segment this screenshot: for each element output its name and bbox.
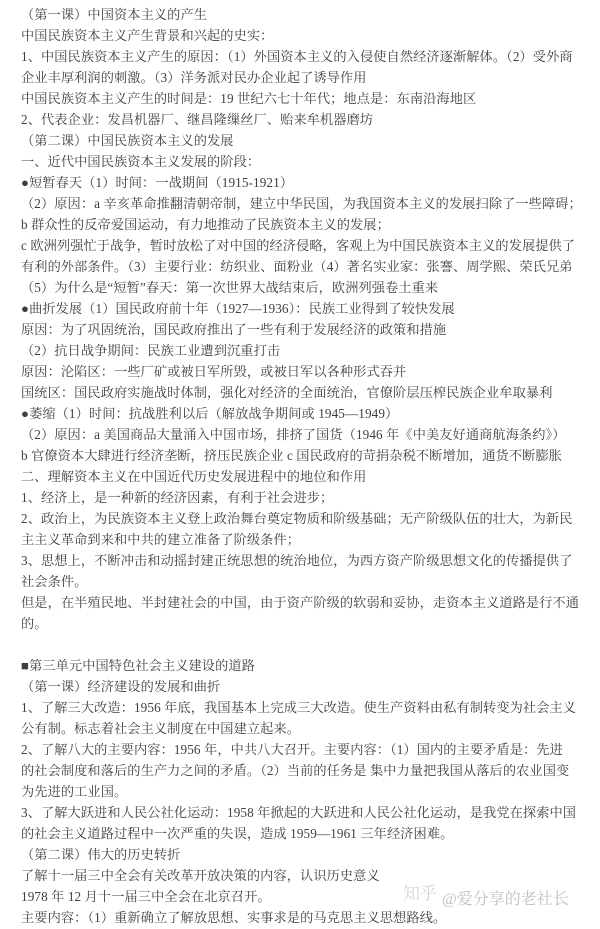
doc-line: 原因：为了巩固统治，国民政府推出了一些有利于发展经济的政策和措施	[21, 319, 584, 340]
doc-line: ●曲折发展（1）国民政府前十年（1927—1936）：民族工业得到了较快发展	[21, 298, 584, 319]
doc-line: 主要内容：（1）重新确立了解放思想、实事求是的马克思主义思想路线。	[21, 907, 584, 928]
doc-line: 1、了解三大改造：1956 年底，我国基本上完成三大改造。使生产资料由私有制转变…	[21, 697, 584, 718]
doc-line: 3、了解大跃进和人民公社化运动：1958 年掀起的大跃进和人民公社化运动，是我党…	[21, 802, 584, 823]
doc-line: 国统区：国民政府实施战时体制，强化对经济的全面统治，官僚阶层压榨民族企业牟取暴利	[21, 382, 584, 403]
doc-line: b 官僚资本大肆进行经济垄断，挤压民族企业 c 国民政府的苛捐杂税不断增加，通货…	[21, 445, 584, 466]
doc-line: ●萎缩（1）时间：抗战胜利以后（解放战争期间或 1945—1949）	[21, 403, 584, 424]
doc-line: 主主义革命到来和中共的建立准备了阶级条件；	[21, 529, 584, 550]
doc-line: 原因：沦陷区：一些厂矿或被日军所毁，或被日军以各种形式吞并	[21, 361, 584, 382]
doc-line: 了解十一届三中全会有关改革开放决策的内容，认识历史意义	[21, 865, 584, 886]
doc-line: 一、近代中国民族资本主义发展的阶段：	[21, 151, 584, 172]
doc-line: 3、思想上，不断冲击和动摇封建正统思想的统治地位，为西方资产阶级思想文化的传播提…	[21, 550, 584, 571]
doc-line: 2、了解八大的主要内容：1956 年，中共八大召开。主要内容：（1）国内的主要矛…	[21, 739, 584, 760]
document-page: （第一课）中国资本主义的产生 中国民族资本主义产生背景和兴起的史实： 1、中国民…	[0, 0, 600, 929]
doc-line: （第一课）经济建设的发展和曲折	[21, 676, 584, 697]
doc-line: （5）为什么是“短暂”春天：第一次世界大战结束后，欧洲列强卷土重来	[21, 277, 584, 298]
doc-line: 1978 年 12 月十一届三中全会在北京召开。	[21, 886, 584, 907]
doc-line: 1、中国民族资本主义产生的原因：（1）外国资本主义的入侵使自然经济逐渐解体。（2…	[21, 46, 584, 67]
doc-line-blank	[21, 634, 584, 655]
doc-line: 但是，在半殖民地、半封建社会的中国，由于资产阶级的软弱和妥协，走资本主义道路是行…	[21, 592, 584, 613]
doc-line: （2）原因：a 辛亥革命推翻清朝帝制，建立中华民国，为我国资本主义的发展扫除了一…	[21, 193, 584, 214]
doc-line: ●短暂春天（1）时间：一战期间（1915-1921）	[21, 172, 584, 193]
doc-line: c 欧洲列强忙于战争，暂时放松了对中国的经济侵略，客观上为中国民族资本主义的发展…	[21, 235, 584, 256]
doc-line: b 群众性的反帝爱国运动，有力地推动了民族资本主义的发展；	[21, 214, 584, 235]
doc-line: （第二课）伟大的历史转折	[21, 844, 584, 865]
doc-line: 企业丰厚利润的刺激。（3）洋务派对民办企业起了诱导作用	[21, 67, 584, 88]
doc-line: 中国民族资本主义产生的时间是：19 世纪六七十年代；地点是：东南沿海地区	[21, 88, 584, 109]
doc-line: 的社会制度和落后的生产力之间的矛盾。（2）当前的任务是 集中力量把我国从落后的农…	[21, 760, 584, 781]
doc-line: 的社会主义道路过程中一次严重的失误，造成 1959—1961 三年经济困难。	[21, 823, 584, 844]
doc-line: 1、经济上，是一种新的经济因素，有利于社会进步；	[21, 487, 584, 508]
doc-line: （2）原因：a 美国商品大量涌入中国市场，排挤了国货（1946 年《中美友好通商…	[21, 424, 584, 445]
doc-line: 2、政治上，为民族资本主义登上政治舞台奠定物质和阶级基础；无产阶级队伍的壮大，为…	[21, 508, 584, 529]
doc-line: 有利的外部条件。（3）主要行业：纺织业、面粉业（4）著名实业家：张謇、周学熙、荣…	[21, 256, 584, 277]
doc-line: 的。	[21, 613, 584, 634]
doc-line: （第一课）中国资本主义的产生	[21, 4, 584, 25]
doc-line: 中国民族资本主义产生背景和兴起的史实：	[21, 25, 584, 46]
doc-line: 社会条件。	[21, 571, 584, 592]
doc-line: 为先进的工业国。	[21, 781, 584, 802]
doc-line: 2、代表企业：发昌机器厂、继昌隆缫丝厂、贻来牟机器磨坊	[21, 109, 584, 130]
doc-line: 二、理解资本主义在中国近代历史发展进程中的地位和作用	[21, 466, 584, 487]
doc-line: 公有制。标志着社会主义制度在中国建立起来。	[21, 718, 584, 739]
doc-line-section-heading: ■第三单元中国特色社会主义建设的道路	[21, 655, 584, 676]
doc-line: （第二课）中国民族资本主义的发展	[21, 130, 584, 151]
doc-line: （2）抗日战争期间：民族工业遭到沉重打击	[21, 340, 584, 361]
